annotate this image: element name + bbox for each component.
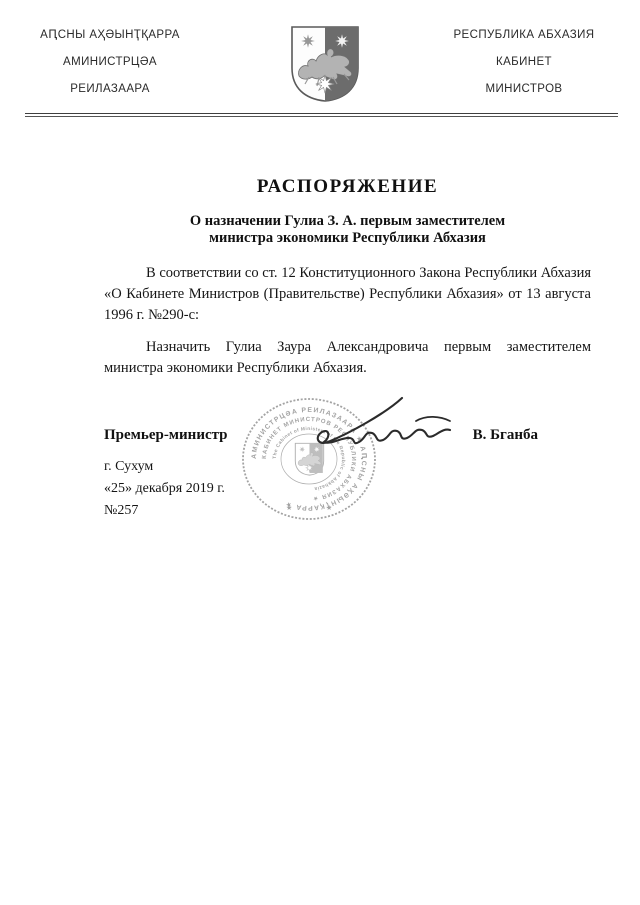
org-name-abkhaz-line1: АԤСНЫ АҲӘЫНҬҚАРРА	[26, 22, 194, 49]
document-subject-line2: министра экономики Республики Абхазия	[104, 230, 591, 247]
org-name-russian: РЕСПУБЛИКА АБХАЗИЯ КАБИНЕТ МИНИСТРОВ	[440, 22, 608, 103]
handwritten-signature-icon	[298, 393, 456, 458]
letterhead-double-rule	[25, 113, 618, 117]
org-name-russian-line1: РЕСПУБЛИКА АБХАЗИЯ	[440, 22, 608, 49]
org-name-abkhaz-line2: АМИНИСТРЦӘА	[26, 49, 194, 76]
signer-post: Премьер-министр	[104, 427, 228, 444]
org-name-russian-line3: МИНИСТРОВ	[440, 76, 608, 103]
body-paragraph-legal-basis: В соответствии со ст. 12 Конституционног…	[104, 263, 591, 326]
org-name-russian-line2: КАБИНЕТ	[440, 49, 608, 76]
document-title: РАСПОРЯЖЕНИЕ	[104, 176, 591, 198]
issuance-block: г. Сухум «25» декабря 2019 г. №257	[104, 456, 324, 522]
issuance-city: г. Сухум	[104, 456, 324, 478]
signer-name: В. Бганба	[473, 427, 538, 444]
issuance-date: «25» декабря 2019 г.	[104, 478, 324, 500]
document-subject-line1: О назначении Гулиа З. А. первым заместит…	[104, 213, 591, 230]
issuance-number: №257	[104, 500, 324, 522]
svg-text:★: ★	[326, 504, 332, 512]
body-paragraph-appointment: Назначить Гулиа Заура Александровича пер…	[104, 337, 591, 379]
org-name-abkhaz-line3: РЕИЛАЗААРА	[26, 76, 194, 103]
decree-document-page: АԤСНЫ АҲӘЫНҬҚАРРА АМИНИСТРЦӘА РЕИЛАЗААРА	[0, 0, 640, 905]
document-subject: О назначении Гулиа З. А. первым заместит…	[104, 213, 591, 246]
org-name-abkhaz: АԤСНЫ АҲӘЫНҬҚАРРА АМИНИСТРЦӘА РЕИЛАЗААРА	[26, 22, 194, 103]
abkhazia-coat-of-arms-icon	[289, 24, 361, 109]
